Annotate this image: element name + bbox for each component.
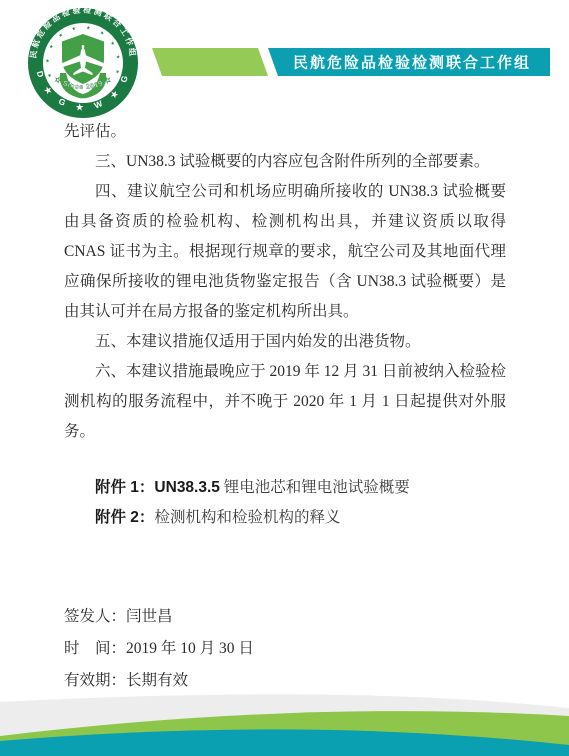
- attachment-label: 附件 2：: [95, 509, 154, 526]
- attachment-text: 锂电池芯和锂电池试验概要: [220, 479, 410, 496]
- signature-value: 闫世昌: [126, 608, 173, 625]
- paragraph: 五、本建议措施仅适用于国内始发的出港货物。: [64, 327, 506, 357]
- signature-row: 时 间：2019 年 10 月 30 日: [64, 633, 506, 665]
- paragraph: 先评估。: [64, 117, 506, 147]
- document-body: 先评估。 三、UN38.3 试验概要的内容应包含附件所列的全部要素。 四、建议航…: [64, 117, 506, 697]
- header-banner: 民航危险品检验检测联合工作组: [0, 44, 569, 84]
- paragraph: 三、UN38.3 试验概要的内容应包含附件所列的全部要素。: [64, 147, 506, 177]
- signature-label: 时 间：: [64, 640, 126, 657]
- signature-row: 签发人：闫世昌: [64, 601, 506, 633]
- attachment-item: 附件 1：UN38.3.5 锂电池芯和锂电池试验概要: [95, 473, 506, 503]
- signature-section: 签发人：闫世昌 时 间：2019 年 10 月 30 日 有效期：长期有效: [64, 601, 506, 697]
- signature-label: 签发人：: [64, 608, 126, 625]
- banner-title: 民航危险品检验检测联合工作组: [293, 54, 531, 72]
- attachment-text: 检测机构和检验机构的释义: [154, 509, 340, 526]
- attachments-section: 附件 1：UN38.3.5 锂电池芯和锂电池试验概要 附件 2：检测机构和检验机…: [64, 473, 506, 533]
- paragraph: 四、建议航空公司和机场应明确所接收的 UN38.3 试验概要由具备资质的检验机构…: [64, 177, 506, 327]
- signature-value: 2019 年 10 月 30 日: [126, 640, 254, 657]
- attachment-item: 附件 2：检测机构和检验机构的释义: [95, 503, 506, 533]
- document-page: 民航危险品检验检测联合工作组 ★ ★ ★ ★ ★ ★ ★ ★ ★ ★ ★ Sin…: [0, 0, 569, 756]
- banner-green-stripe: [152, 48, 268, 76]
- page-footer: [0, 686, 569, 756]
- paragraph: 六、本建议措施最晚应于 2019 年 12 月 31 日前被纳入检验检测机构的服…: [64, 357, 506, 447]
- attachment-label: 附件 1：UN38.3.5: [95, 479, 220, 496]
